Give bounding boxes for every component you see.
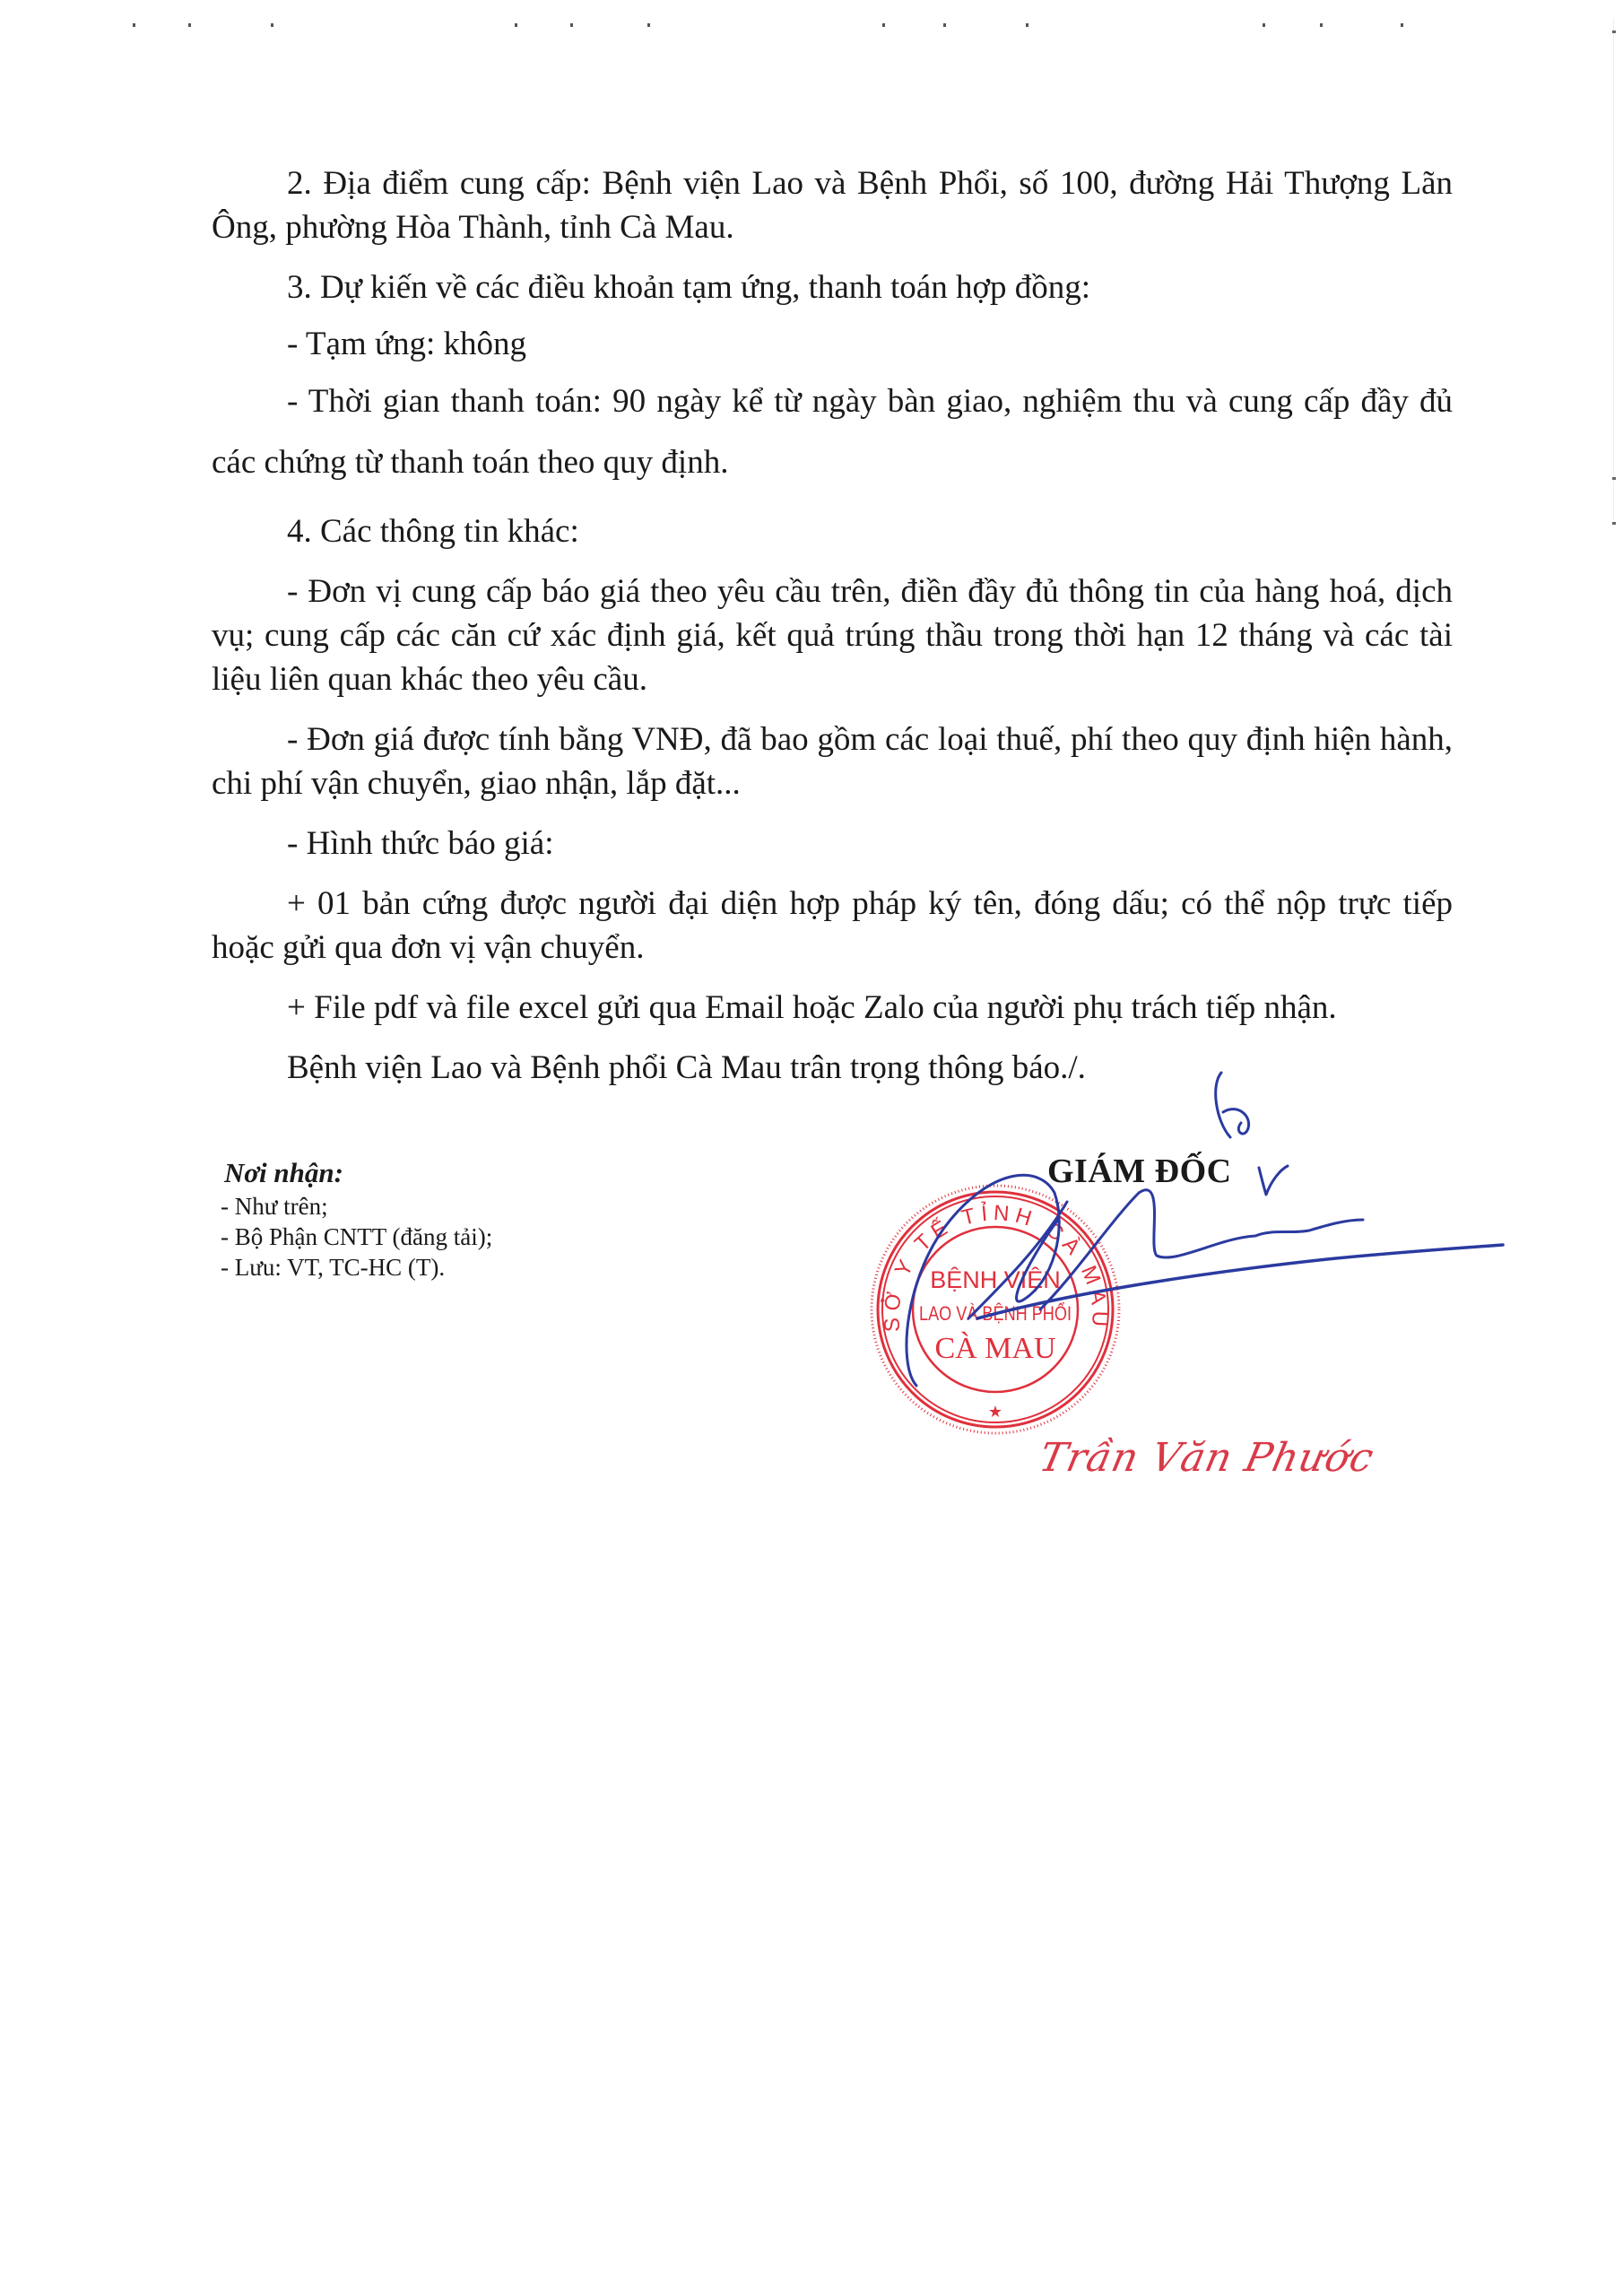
scan-edge-mark bbox=[1612, 477, 1616, 480]
recipient-item: - Lưu: VT, TC-HC (T). bbox=[221, 1252, 492, 1283]
stamp-line2: LAO VÀ BỆNH PHỔI bbox=[919, 1302, 1072, 1325]
paragraph-closing: Bệnh viện Lao và Bệnh phổi Cà Mau trân t… bbox=[212, 1046, 1453, 1090]
paragraph-advance: - Tạm ứng: không bbox=[212, 322, 1453, 366]
recipients-title: Nơi nhận: bbox=[224, 1155, 492, 1191]
stamp-line3: CÀ MAU bbox=[934, 1332, 1055, 1365]
official-stamp: SỞ Y TẾ TỈNH CÀ MAU BỆNH VIỆN LAO VÀ BỆN… bbox=[868, 1182, 1124, 1438]
scan-edge-mark bbox=[1612, 30, 1616, 33]
scan-edge-line bbox=[1613, 18, 1614, 520]
paragraph-other-info-heading: 4. Các thông tin khác: bbox=[212, 509, 1453, 553]
signer-name: Trần Văn Phước bbox=[1036, 1435, 1378, 1481]
stamp-line1: BỆNH VIỆN bbox=[930, 1265, 1061, 1293]
paragraph-soft-copy: + File pdf và file excel gửi qua Email h… bbox=[212, 986, 1453, 1030]
paragraph-unit-price: - Đơn giá được tính bằng VNĐ, đã bao gồm… bbox=[212, 717, 1453, 805]
paragraph-hard-copy: + 01 bản cứng được người đại diện hợp ph… bbox=[212, 882, 1453, 970]
recipient-item: - Như trên; bbox=[221, 1191, 492, 1222]
paragraph-payment-terms-heading: 3. Dự kiến về các điều khoản tạm ứng, th… bbox=[212, 265, 1453, 309]
recipient-item: - Bộ Phận CNTT (đăng tải); bbox=[221, 1222, 492, 1252]
paragraph-quote-requirements: - Đơn vị cung cấp báo giá theo yêu cầu t… bbox=[212, 570, 1453, 701]
scan-marks bbox=[0, 23, 1623, 32]
paragraph-location: 2. Địa điểm cung cấp: Bệnh viện Lao và B… bbox=[212, 161, 1453, 249]
paragraph-quote-form-heading: - Hình thức báo giá: bbox=[212, 822, 1453, 865]
document-body: 2. Địa điểm cung cấp: Bệnh viện Lao và B… bbox=[212, 161, 1453, 1106]
recipients-block: Nơi nhận: - Như trên; - Bộ Phận CNTT (đă… bbox=[221, 1155, 492, 1283]
stamp-star-icon: ★ bbox=[988, 1403, 1002, 1422]
paragraph-payment-time: - Thời gian thanh toán: 90 ngày kể từ ng… bbox=[212, 371, 1453, 493]
scan-edge-mark bbox=[1612, 522, 1616, 525]
